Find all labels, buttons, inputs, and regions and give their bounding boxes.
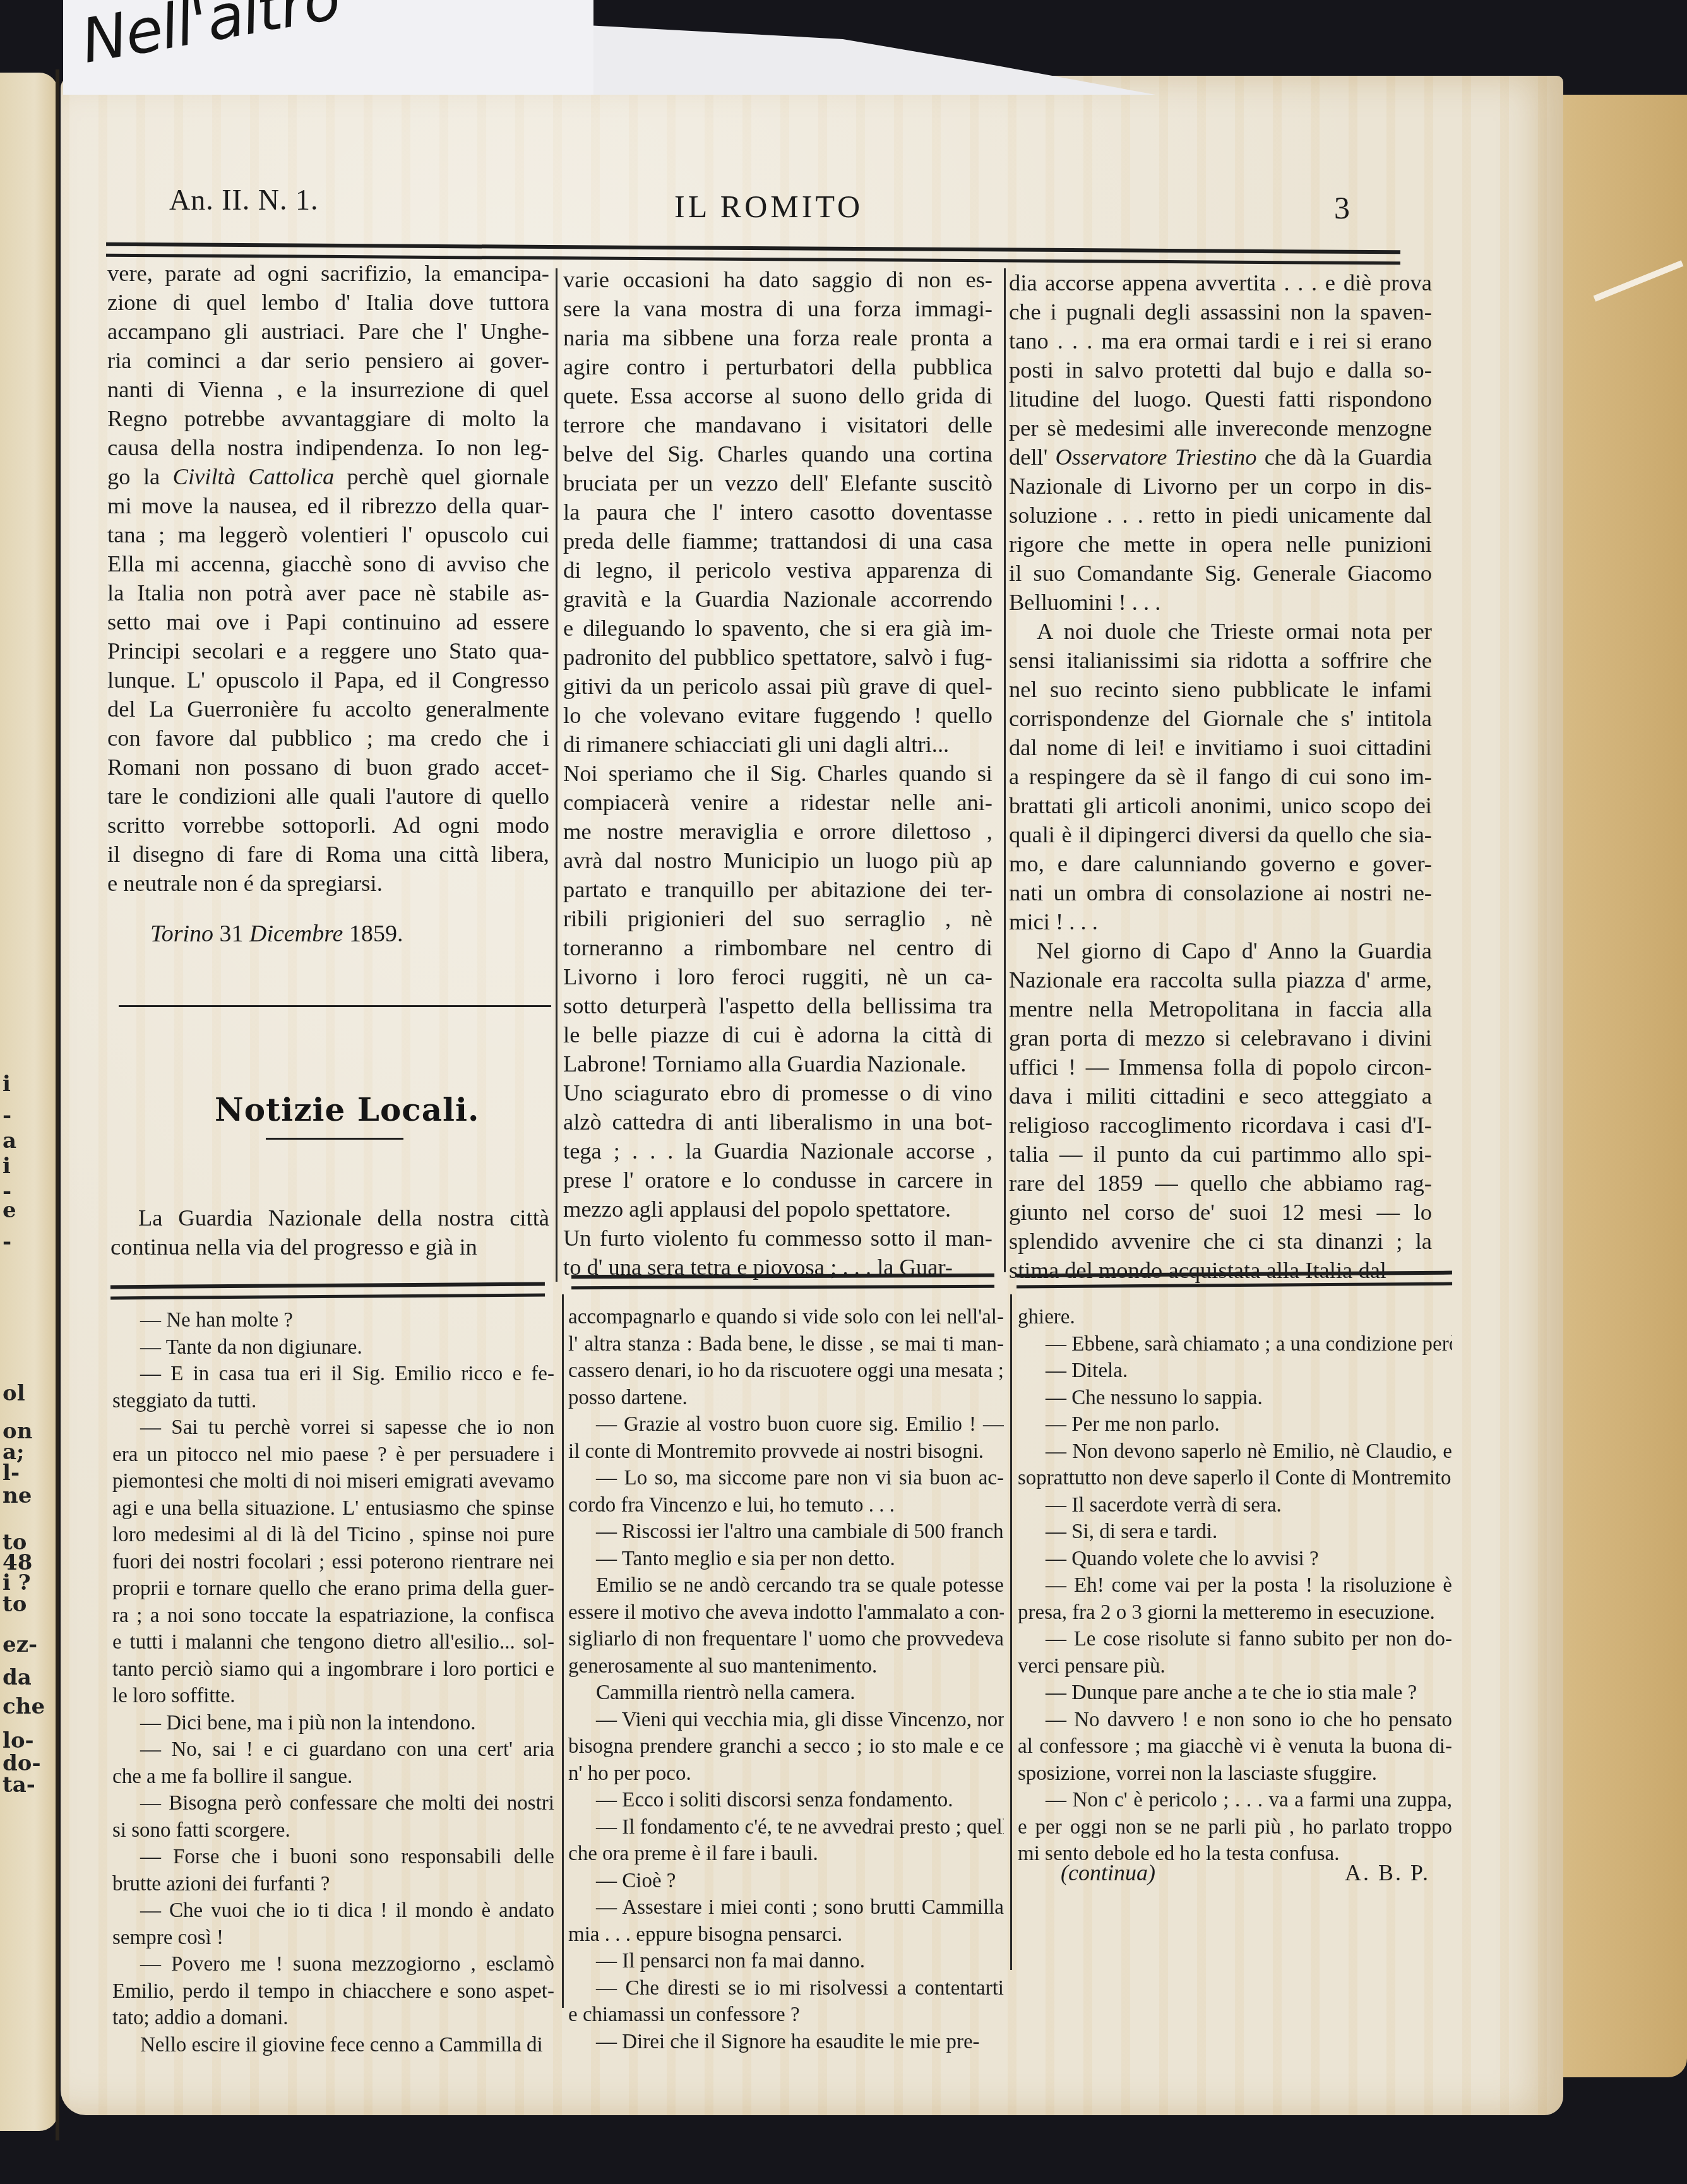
text-line: — Povero me ! suona mezzogiorno , esclam… xyxy=(112,1951,554,1978)
text-line: religioso raccoglimento ricordava i casi… xyxy=(1009,1111,1432,1140)
left-page-text-fragment: ta- xyxy=(3,1774,35,1796)
text-line: — Non c' è pericolo ; . . . va a farmi u… xyxy=(1018,1787,1452,1814)
torn-flyleaf xyxy=(587,25,1155,95)
text-line: dal nome di lei! e invitiamo i suoi citt… xyxy=(1009,733,1432,762)
text-line: prese l' oratore e lo condusse in carcer… xyxy=(563,1166,993,1195)
issue-number: An. II. N. 1. xyxy=(169,183,319,217)
masthead: An. II. N. 1. IL ROMITO 3 xyxy=(106,183,1362,240)
signoff-day: 31 xyxy=(220,921,244,947)
text-line: causa della nostra indipendenza. Io non … xyxy=(107,433,549,462)
feuilleton-column-3: ghiere.— Ebbene, sarà chiamato ; a una c… xyxy=(1018,1304,1452,1868)
text-line: terrore che mandavano i visitatori delle xyxy=(563,410,993,439)
text-line: zione di quel lembo d' Italia dove tutto… xyxy=(107,288,549,317)
text-line: continua nella via del progresso e già i… xyxy=(110,1232,549,1262)
text-line: — Dunque pare anche a te che io stia mal… xyxy=(1018,1680,1452,1707)
text-line: bisogna prendere granchi a secco ; io st… xyxy=(568,1733,1004,1760)
article-column-2: varie occasioni ha dato saggio di non es… xyxy=(563,265,993,1282)
text-line: per sè medesimi alle invereconde menzogn… xyxy=(1009,414,1432,443)
left-page-text-fragment: - xyxy=(3,1105,11,1126)
text-line: e chiamassi un confessore ? xyxy=(568,2002,1004,2029)
text-line: al confessore ; ma giacchè vi è venuta l… xyxy=(1018,1733,1452,1760)
text-line: verci pensare più. xyxy=(1018,1653,1452,1680)
text-line: preda delle fiamme; trattandosi di una c… xyxy=(563,527,993,556)
text-line: — E in casa tua eri il Sig. Emilio ricco… xyxy=(112,1361,554,1388)
text-line: — No, sai ! e ci guardano con una cert' … xyxy=(112,1736,554,1763)
text-line: soprattutto non deve saperlo il Conte di… xyxy=(1018,1465,1452,1492)
text-line: splendido avvenire che ci sta dinanzi ; … xyxy=(1009,1227,1432,1256)
text-line: nati un ombra di consolazione ai nostri … xyxy=(1009,878,1432,907)
text-line: Labrone! Torniamo alla Guardia Nazionale… xyxy=(563,1049,993,1078)
text-line: proprii e tornare quello che erano prima… xyxy=(112,1575,554,1602)
text-line: — Per me non parlo. xyxy=(1018,1411,1452,1438)
text-line: la paura che l' intero casotto doventass… xyxy=(563,498,993,527)
text-line: — Dici bene, ma i più non la intendono. xyxy=(112,1710,554,1737)
text-line: brattati gli articoli anonimi, unico sco… xyxy=(1009,791,1432,820)
left-page-text-fragment: - xyxy=(3,1231,11,1253)
text-line: — Il pensarci non fa mai danno. xyxy=(568,1948,1004,1975)
left-page-text-fragment: to xyxy=(3,1594,27,1615)
text-line: — Ne han molte ? xyxy=(112,1307,554,1334)
left-page-text-fragment: che xyxy=(3,1696,45,1717)
text-line: lunque. L' opuscolo il Papa, ed il Congr… xyxy=(107,665,549,695)
text-line: agi e una bella situazione. L' entusiasm… xyxy=(112,1495,554,1522)
text-line: il disegno di fare di Roma una città lib… xyxy=(107,840,549,869)
text-line: lo che volevano evitare fuggendo ! quell… xyxy=(563,701,993,730)
text-line: piemontesi che molti di noi miseri emigr… xyxy=(112,1468,554,1495)
author-initials: A. B. P. xyxy=(1345,1859,1430,1886)
text-line: naria ma sibbene una forza reale pronta … xyxy=(563,323,993,352)
text-line: A noi duole che Trieste ormai nota per xyxy=(1009,617,1432,646)
text-line: partato e tranquillo per abitazione dei … xyxy=(563,875,993,904)
text-line: rare del 1859 — quello che abbiamo rag- xyxy=(1009,1169,1432,1198)
text-line: mentre nella Metropolitana in faccia all… xyxy=(1009,994,1432,1023)
text-line: Nello escire il giovine fece cenno a Cam… xyxy=(112,2032,554,2059)
section-heading-notizie-locali: Notizie Locali. xyxy=(215,1091,480,1128)
left-page-text-fragment: ne xyxy=(3,1485,32,1507)
text-line: loro medesimi al di là del Ticino , spin… xyxy=(112,1522,554,1549)
text-line: — Vieni qui vecchia mia, gli disse Vince… xyxy=(568,1707,1004,1734)
text-line: il conte di Montremito provvede ai nostr… xyxy=(568,1438,1004,1465)
text-line: me nostre meraviglia e orrore dilettoso … xyxy=(563,817,993,846)
text-line: — Che nessuno lo sappia. xyxy=(1018,1385,1452,1412)
text-line: essere il motivo che aveva indotto l'amm… xyxy=(568,1599,1004,1626)
left-page-text-fragment: i xyxy=(3,1073,11,1095)
left-page-text-fragment: da xyxy=(3,1667,32,1688)
text-line: varie occasioni ha dato saggio di non es… xyxy=(563,265,993,294)
text-line: — Assestare i miei conti ; sono brutti C… xyxy=(568,1894,1004,1921)
text-line: Belluomini ! . . . xyxy=(1009,588,1432,617)
text-line: — Che vuoi che io ti dica ! il mondo è a… xyxy=(112,1897,554,1924)
text-line: tare le condizioni alle quali l'autore d… xyxy=(107,782,549,811)
text-line: posti in salvo protetti dal bujo e dalla… xyxy=(1009,355,1432,385)
text-line: giunto nel corso de' suoi 12 mesi — lo xyxy=(1009,1198,1432,1227)
text-line: Emilio se ne andò cercando tra se quale … xyxy=(568,1572,1004,1599)
text-line: sensi italianissimi sia ridotta a soffri… xyxy=(1009,646,1432,675)
feuilleton-column-1: — Ne han molte ?— Tante da non digiunare… xyxy=(112,1307,554,2058)
text-line: avrà dal nostro Municipio un luogo più a… xyxy=(563,846,993,875)
text-line: Romani non possano di buon grado accet- xyxy=(107,753,549,782)
text-line: Ella mi accenna, giacchè sono di avviso … xyxy=(107,549,549,578)
text-line: che i pugnali degli assassini non la spa… xyxy=(1009,297,1432,326)
text-line: talia — il punto da cui partimmo allo sp… xyxy=(1009,1140,1432,1169)
text-line: sempre così ! xyxy=(112,1924,554,1952)
text-line: — Ebbene, sarà chiamato ; a una condizio… xyxy=(1018,1331,1452,1358)
text-line: corrispondenze del Giornale che s' intit… xyxy=(1009,704,1432,733)
text-line: e neutrale non é da spregiarsi. xyxy=(107,869,549,898)
text-line: sere la vana mostra di una forza immagi- xyxy=(563,294,993,323)
text-line: le belle piazze di cui è adorna la città… xyxy=(563,1020,993,1049)
section-divider xyxy=(119,1005,551,1007)
text-line: — Si, di sera e tardi. xyxy=(1018,1519,1452,1546)
text-line: dell' Osservatore Triestino che dà la Gu… xyxy=(1009,443,1432,472)
text-line: — Cioè ? xyxy=(568,1868,1004,1895)
text-line: — Forse che i buoni sono responsabili de… xyxy=(112,1844,554,1871)
text-line: cordo fra Vincenzo e lui, ho temuto . . … xyxy=(568,1492,1004,1519)
signoff-place: Torino xyxy=(150,921,213,947)
text-line: il suo Comandante Sig. Generale Giacomo xyxy=(1009,559,1432,588)
text-line: accompagnarlo e quando si vide solo con … xyxy=(568,1304,1004,1331)
text-line: era un pitocco nel mio paese ? è per per… xyxy=(112,1441,554,1469)
feuilleton-divider-3 xyxy=(1016,1271,1452,1289)
text-line: brutte azioni dei furfanti ? xyxy=(112,1871,554,1898)
text-line: quete. Essa accorse al suono dello grida… xyxy=(563,381,993,410)
text-line: del La Guerronière fu accolto generalmen… xyxy=(107,695,549,724)
text-line: steggiato da tutti. xyxy=(112,1388,554,1415)
text-line: tega ; . . . la Guardia Nazionale accors… xyxy=(563,1137,993,1166)
left-page-text-fragment: i ? xyxy=(3,1572,31,1594)
signoff-year: 1859. xyxy=(349,921,403,947)
text-line: con favore dal pubblico ; ma credo che i xyxy=(107,724,549,753)
feuilleton-divider-1 xyxy=(110,1282,545,1300)
section-heading-underline xyxy=(266,1138,403,1140)
text-line: rigore che mette in opera nelle punizion… xyxy=(1009,530,1432,559)
left-page-text-fragment: ez- xyxy=(3,1634,37,1656)
feuilleton-divider-2 xyxy=(571,1274,994,1289)
text-line: fuori dei nostri focolari ; essi poteron… xyxy=(112,1549,554,1576)
text-line: che ora preme è il fare i bauli. xyxy=(568,1841,1004,1868)
text-line: e tutti i malanni che tengono dietro all… xyxy=(112,1629,554,1656)
text-line: presa, fra 2 o 3 giorni la metteremo in … xyxy=(1018,1599,1452,1626)
left-page-text-fragment: on xyxy=(3,1421,32,1442)
feuilleton-column-rule-1 xyxy=(562,1294,564,2008)
article-column-3: dia accorse appena avvertita . . . e diè… xyxy=(1009,268,1432,1285)
text-line: che a me fa bollire il sangue. xyxy=(112,1763,554,1791)
text-line: — Tante da non digiunare. xyxy=(112,1334,554,1361)
text-line: mezzo agli applausi del popolo spettator… xyxy=(563,1195,993,1224)
continua-label: (continua) xyxy=(1061,1859,1155,1886)
text-line: — Che diresti se io mi risolvessi a cont… xyxy=(568,1975,1004,2002)
left-page-text-fragment: ol xyxy=(3,1383,25,1404)
text-line: cassero denari, io ho da riscuotere oggi… xyxy=(568,1358,1004,1385)
text-line: dia accorse appena avvertita . . . e diè… xyxy=(1009,268,1432,297)
text-line: compiacerà venire a ridestar nelle ani- xyxy=(563,788,993,817)
text-line: belve del Sig. Charles quando una cortin… xyxy=(563,439,993,468)
text-line: accampano gli austriaci. Pare che l' Ung… xyxy=(107,317,549,346)
text-line: — Ecco i soliti discorsi senza fondament… xyxy=(568,1787,1004,1814)
text-line: — Il fondamento c'é, te ne avvedrai pres… xyxy=(568,1814,1004,1841)
text-line: n' ho per poco. xyxy=(568,1760,1004,1787)
left-page-text-fragment: a; xyxy=(3,1441,25,1463)
handwritten-sticky-note: Nell'altro xyxy=(63,0,593,95)
text-line: sotto deturperà l'aspetto della bellissi… xyxy=(563,991,993,1020)
text-line: bruciata per un vezzo dell' Elefante sus… xyxy=(563,468,993,498)
left-page-text-fragment: i xyxy=(3,1155,11,1177)
text-line: — Il sacerdote verrà di sera. xyxy=(1018,1492,1452,1519)
text-line: mici ! . . . xyxy=(1009,907,1432,936)
left-page-text-fragment: do- xyxy=(3,1753,41,1774)
text-line: ra ; a noi sono toccate la espatriazione… xyxy=(112,1602,554,1630)
text-line: di legno, il pericolo vestiva apparenza … xyxy=(563,556,993,585)
text-line: tano . . . ma era ormai tardi e i rei si… xyxy=(1009,326,1432,355)
text-line: — No davvero ! e non sono io che ho pens… xyxy=(1018,1707,1452,1734)
text-line: sposizione, vorrei non la lasciaste sfug… xyxy=(1018,1760,1452,1787)
text-line: ghiere. xyxy=(1018,1304,1452,1331)
text-line: La Guardia Nazionale della nostra città xyxy=(110,1203,549,1232)
text-line: — Non devono saperlo nè Emilio, nè Claud… xyxy=(1018,1438,1452,1465)
text-line: Noi speriamo che il Sig. Charles quando … xyxy=(563,759,993,788)
signoff-month: Dicembre xyxy=(249,921,343,947)
text-line: soluzione . . . retto in piedi unicament… xyxy=(1009,501,1432,530)
text-line: alzò cattedra di anti liberalismo in una… xyxy=(563,1107,993,1137)
text-line: — Grazie al vostro buon cuore sig. Emili… xyxy=(568,1411,1004,1438)
text-line: la Italia non potrà aver pace nè stabile… xyxy=(107,578,549,607)
text-line: — Eh! come vai per la posta ! la risoluz… xyxy=(1018,1572,1452,1599)
text-line: Nazionale di Livorno per un corpo in dis… xyxy=(1009,472,1432,501)
text-line: — Le cose risolute si fanno subito per n… xyxy=(1018,1626,1452,1653)
text-line: le loro soffitte. xyxy=(112,1683,554,1710)
text-line: — Ditela. xyxy=(1018,1358,1452,1385)
text-line: Nazionale era raccolta sulla piazza d' a… xyxy=(1009,965,1432,994)
text-line: di rimanere schiacciati gli uni dagli al… xyxy=(563,730,993,759)
text-line: gran porta di mezzo si celebravano i div… xyxy=(1009,1023,1432,1053)
text-line: e per oggi non se ne parli più , ho parl… xyxy=(1018,1814,1452,1841)
column-rule-1 xyxy=(556,268,557,1282)
text-line: nanti di Vienna , e la insurrezione di q… xyxy=(107,375,549,404)
article-signoff: Torino 31 Dicembre 1859. xyxy=(150,920,403,948)
text-line: mi move la nausea, ed il ribrezzo della … xyxy=(107,491,549,520)
text-line: — Quando volete che lo avvisi ? xyxy=(1018,1546,1452,1573)
notizie-locali-intro: La Guardia Nazionale della nostra cittàc… xyxy=(110,1203,549,1262)
text-line: tato; addio a domani. xyxy=(112,2005,554,2032)
feuilleton-column-2: accompagnarlo e quando si vide solo con … xyxy=(568,1304,1004,2055)
left-page-text-fragment: e xyxy=(3,1200,16,1221)
text-line: Nel giorno di Capo d' Anno la Guardia xyxy=(1009,936,1432,965)
text-line: Emilio, perdo il tempo in chiacchere e s… xyxy=(112,1978,554,2005)
text-line: uffici ! — Immensa folla di popolo circo… xyxy=(1009,1053,1432,1082)
text-line: — Sai tu perchè vorrei si sapesse che io… xyxy=(112,1414,554,1441)
text-line: padronito del pubblico spettatore, salvò… xyxy=(563,643,993,672)
text-line: a respingere da sè il fango di cui sono … xyxy=(1009,762,1432,791)
text-line: mo, e dare calunniando governo e gover- xyxy=(1009,849,1432,878)
text-line: e dileguando lo spavento, che si era già… xyxy=(563,614,993,643)
text-line: torneranno a rimbombare nel centro di xyxy=(563,933,993,962)
text-line: Regno potrebbe avvantaggiare di molto la xyxy=(107,404,549,433)
text-line: — Direi che il Signore ha esaudite le mi… xyxy=(568,2029,1004,2056)
text-line: nel suo recinto sieno pubblicate le infa… xyxy=(1009,675,1432,704)
handwritten-note-text: Nell'altro xyxy=(76,0,345,77)
text-line: — Bisogna però confessare che molti dei … xyxy=(112,1790,554,1817)
text-line: generosamente al suo mantenimento. xyxy=(568,1653,1004,1680)
text-line: ria cominci a dar serio pensiero ai gove… xyxy=(107,346,549,375)
article-column-1: vere, parate ad ogni sacrifizio, la eman… xyxy=(107,259,549,898)
feuilleton-column-rule-2 xyxy=(1010,1294,1012,1970)
left-page-text-fragment: lo- xyxy=(3,1730,34,1751)
book-spine xyxy=(56,69,59,2140)
text-line: sigliarlo di non frequentare l' uomo che… xyxy=(568,1626,1004,1653)
column-rule-2 xyxy=(1004,268,1006,1272)
text-line: si sono fatti scorgere. xyxy=(112,1817,554,1844)
text-line: tana ; ma leggerò volentieri l' opuscolo… xyxy=(107,520,549,549)
left-page-text-fragment: l- xyxy=(3,1462,20,1484)
text-line: quali è il dipingerci diversi da quello … xyxy=(1009,820,1432,849)
text-line: Uno sciagurato ebro di promesse o di vin… xyxy=(563,1078,993,1107)
text-line: Un furto violento fu commesso sotto il m… xyxy=(563,1224,993,1253)
text-line: dava i militi cittadini e seco atteggiat… xyxy=(1009,1082,1432,1111)
text-line: mia . . . eppure bisogna pensarci. xyxy=(568,1921,1004,1948)
text-line: — Lo so, ma siccome pare non vi sia buon… xyxy=(568,1465,1004,1492)
text-line: Cammilla rientrò nella camera. xyxy=(568,1680,1004,1707)
text-line: tanto perciò siamo qui a ingombrare i lo… xyxy=(112,1656,554,1683)
text-line: l' altra stanza : Bada bene, le disse , … xyxy=(568,1331,1004,1358)
text-line: litudine del luogo. Questi fatti rispond… xyxy=(1009,385,1432,414)
left-page-strip: i-ai-e-olona;l-neto48i ?toez-dachelo-do-… xyxy=(0,73,58,2131)
page-number: 3 xyxy=(1334,189,1350,226)
text-line: agire contro i perturbatori della pubbli… xyxy=(563,352,993,381)
newspaper-title: IL ROMITO xyxy=(674,188,863,225)
text-line: setto mai ove i Papi continuino ad esser… xyxy=(107,607,549,636)
text-line: posso dartene. xyxy=(568,1385,1004,1412)
left-page-text-fragment: a xyxy=(3,1130,16,1152)
text-line: gitivi da un pericolo assai più grave di… xyxy=(563,672,993,701)
text-line: Principi secolari e a reggere uno Stato … xyxy=(107,636,549,665)
text-line: gravità e la Guardia Nazionale accorrend… xyxy=(563,585,993,614)
text-line: vere, parate ad ogni sacrifizio, la eman… xyxy=(107,259,549,288)
text-line: ribili prigionieri del suo serraglio , n… xyxy=(563,904,993,933)
text-line: scritto vorrebbe sottoporli. Ad ogni mod… xyxy=(107,811,549,840)
text-line: — Riscossi ier l'altro una cambiale di 5… xyxy=(568,1519,1004,1546)
text-line: — Tanto meglio e sia per non detto. xyxy=(568,1546,1004,1573)
text-line: go la Civiltà Cattolica perchè quel gior… xyxy=(107,462,549,491)
text-line: Livorno i loro feroci ruggiti, nè un ca- xyxy=(563,962,993,991)
